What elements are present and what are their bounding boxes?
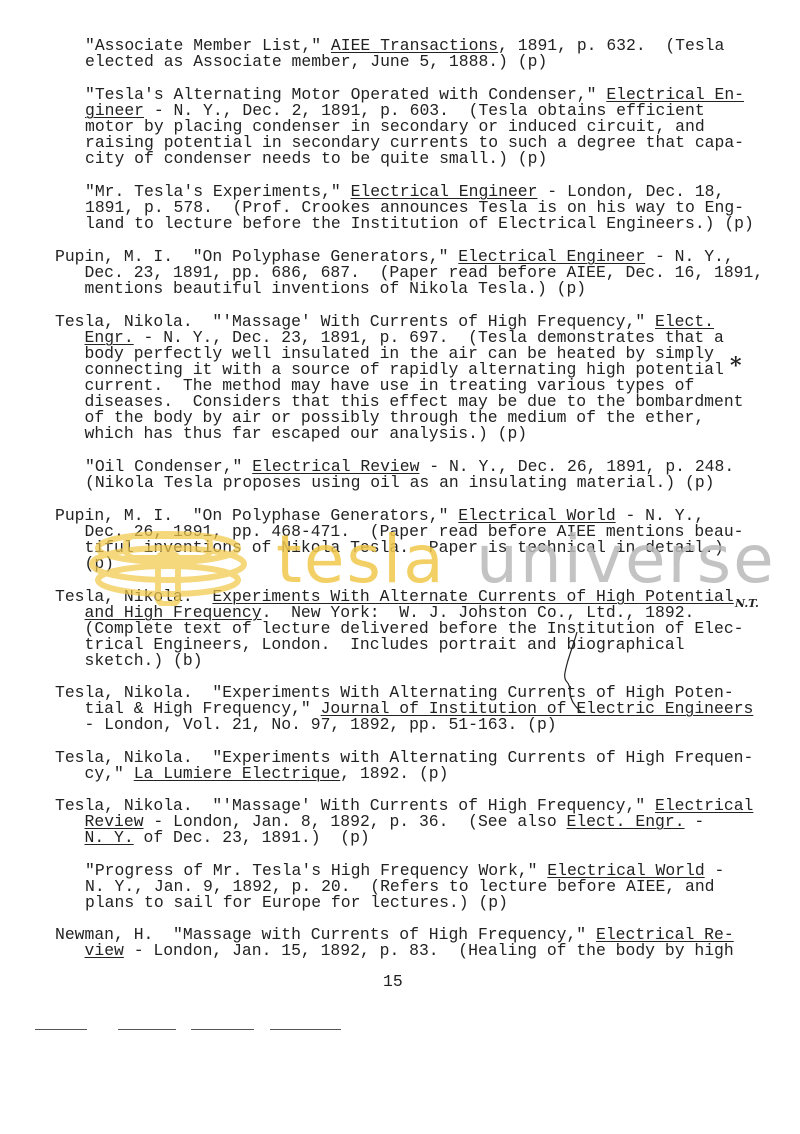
bibliography-entry: Tesla, Nikola. "'Massage' With Currents … [55, 314, 744, 442]
entry-text: plans to sail for Europe for lectures.) … [85, 893, 508, 912]
handwritten-initials: N.T. [735, 596, 759, 612]
entry-text: of Dec. 23, 1891.) (p) [134, 828, 370, 847]
bibliography-entry: "Oil Condenser," Electrical Review - N. … [85, 459, 734, 491]
entry-text: , 1892. (p) [340, 764, 448, 783]
footer-rule-4 [270, 1029, 341, 1030]
bibliography-entry: "Progress of Mr. Tesla's High Frequency … [85, 863, 724, 911]
bibliography-entry: "Tesla's Alternating Motor Operated with… [85, 87, 744, 167]
bibliography-entry: Tesla, Nikola. "'Massage' With Currents … [55, 798, 753, 846]
entry-text: elected as Associate member, June 5, 188… [85, 52, 547, 71]
bibliography-entry: Pupin, M. I. "On Polyphase Generators," … [55, 508, 744, 572]
bibliography-entry: Tesla, Nikola. "Experiments With Alterna… [55, 685, 753, 733]
bibliography-entry: Pupin, M. I. "On Polyphase Generators," … [55, 249, 763, 297]
entry-line: N. Y. of Dec. 23, 1891.) (p) [55, 830, 753, 846]
entry-text: - London, Vol. 21, No. 97, 1892, pp. 51-… [55, 715, 557, 734]
handwritten-asterisk: * [730, 358, 742, 374]
entry-text: city of condenser needs to be quite smal… [85, 149, 547, 168]
entry-text: (p) [55, 554, 114, 573]
entry-text: tiful inventions of Nikola Tesla. Paper … [55, 538, 724, 557]
handwritten-pen-stroke [555, 628, 615, 718]
underlined-title: N. Y. [85, 828, 134, 847]
entry-line: city of condenser needs to be quite smal… [85, 151, 744, 167]
entry-text: sketch.) (b) [55, 651, 203, 670]
underlined-title: La Lumiere Electrique [134, 764, 341, 783]
entry-line: tiful inventions of Nikola Tesla. Paper … [55, 540, 744, 556]
bibliography-entry: Tesla, Nikola. "Experiments with Alterna… [55, 750, 753, 782]
entry-text: (Nikola Tesla proposes using oil as an i… [85, 473, 715, 492]
underlined-title: Elect. Engr. [567, 812, 685, 831]
entry-line: cy," La Lumiere Electrique, 1892. (p) [55, 766, 753, 782]
entry-text: land to lecture before the Institution o… [85, 214, 754, 233]
entry-line: which has thus far escaped our analysis.… [55, 426, 744, 442]
entry-line: sketch.) (b) [55, 653, 744, 669]
footer-rule-1 [35, 1029, 87, 1030]
bibliography-entry: "Associate Member List," AIEE Transactio… [85, 38, 724, 70]
bibliography-entry: "Mr. Tesla's Experiments," Electrical En… [85, 184, 754, 232]
entry-line: land to lecture before the Institution o… [85, 216, 754, 232]
bibliography-entry: Tesla, Nikola. Experiments With Alternat… [55, 589, 744, 669]
bibliography-entry: Newman, H. "Massage with Currents of Hig… [55, 927, 734, 959]
entry-text: mentions beautiful inventions of Nikola … [55, 279, 586, 298]
entry-text: which has thus far escaped our analysis.… [55, 424, 527, 443]
underlined-title: view [85, 941, 124, 960]
footer-rule-2 [118, 1029, 176, 1030]
entry-line: view - London, Jan. 15, 1892, p. 83. (He… [55, 943, 734, 959]
page-number: 15 [383, 974, 403, 990]
footer-rule-3 [191, 1029, 254, 1030]
entry-text: - [685, 812, 705, 831]
entry-text: cy," [55, 764, 134, 783]
document-page: "Associate Member List," AIEE Transactio… [0, 0, 800, 1134]
entry-text [55, 828, 85, 847]
entry-line: (p) [55, 556, 744, 572]
entry-text: - London, Jan. 15, 1892, p. 83. (Healing… [124, 941, 734, 960]
entry-line: elected as Associate member, June 5, 188… [85, 54, 724, 70]
entry-line: mentions beautiful inventions of Nikola … [55, 281, 763, 297]
entry-line: (Nikola Tesla proposes using oil as an i… [85, 475, 734, 491]
entry-text [55, 941, 85, 960]
entry-line: plans to sail for Europe for lectures.) … [85, 895, 724, 911]
entry-line: - London, Vol. 21, No. 97, 1892, pp. 51-… [55, 717, 753, 733]
